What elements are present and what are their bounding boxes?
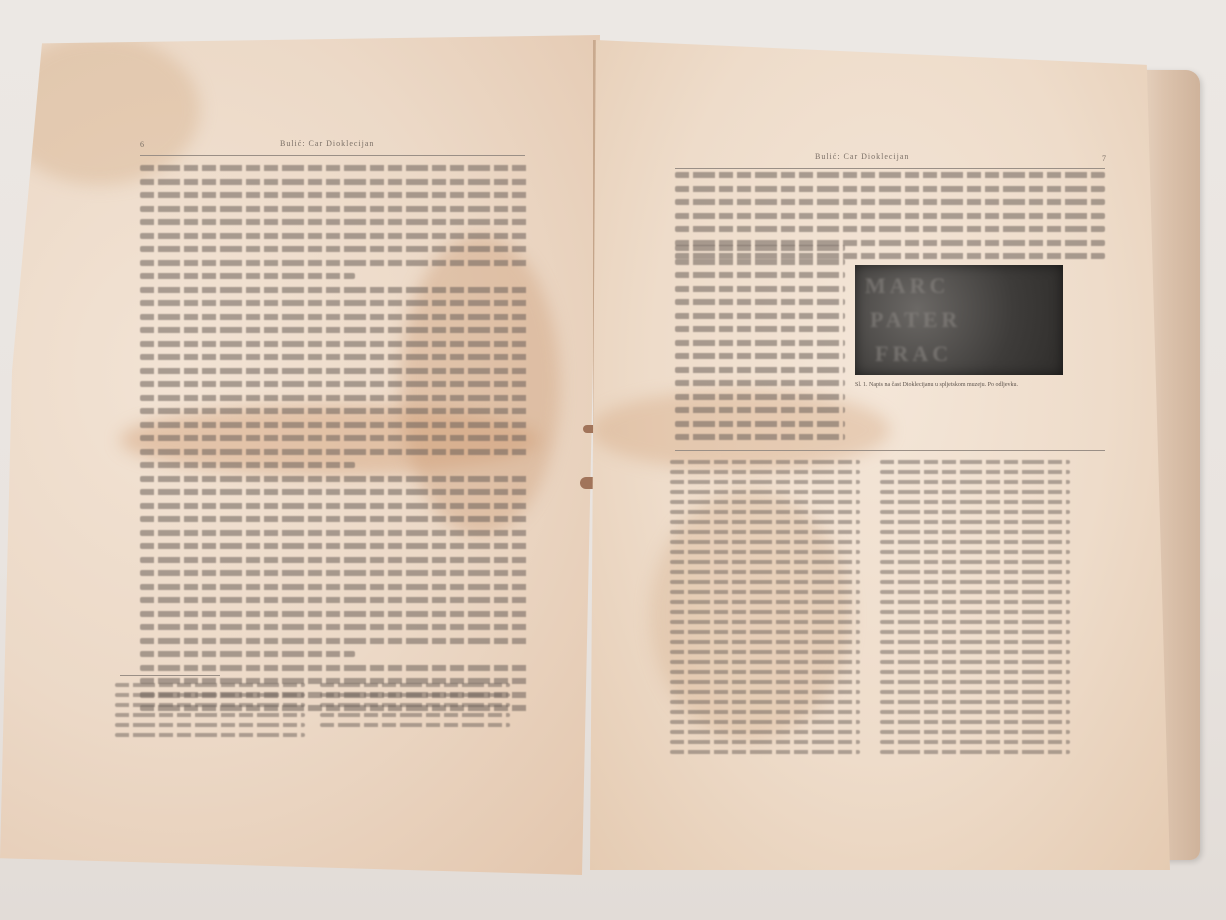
footnotes-col-2 bbox=[320, 683, 510, 733]
footnotes-col-1 bbox=[115, 683, 305, 743]
running-header: Bulić: Car Dioklecijan bbox=[280, 139, 374, 148]
figure-caption: Sl. 1. Napis na čast Dioklecijanu u splj… bbox=[855, 382, 1065, 388]
right-page: Bulić: Car Dioklecijan 7 MARC PATER FRAC… bbox=[590, 40, 1170, 870]
inscription-photo: MARC PATER FRAC bbox=[855, 265, 1063, 375]
water-stain bbox=[0, 35, 200, 185]
header-rule bbox=[140, 155, 525, 156]
left-page: 6 Bulić: Car Dioklecijan drugdje dokazat… bbox=[0, 35, 600, 875]
header-rule bbox=[675, 168, 1105, 169]
page-number: 7 bbox=[1102, 154, 1106, 163]
body-text bbox=[140, 165, 530, 719]
footnotes-col-1 bbox=[670, 460, 860, 760]
footnotes-col-2 bbox=[880, 460, 1070, 760]
footnote-rule bbox=[675, 450, 1105, 451]
page-number: 6 bbox=[140, 140, 144, 149]
body-text-beside-figure bbox=[675, 245, 845, 448]
footnote-rule bbox=[120, 675, 220, 676]
running-header: Bulić: Car Dioklecijan bbox=[815, 152, 909, 161]
